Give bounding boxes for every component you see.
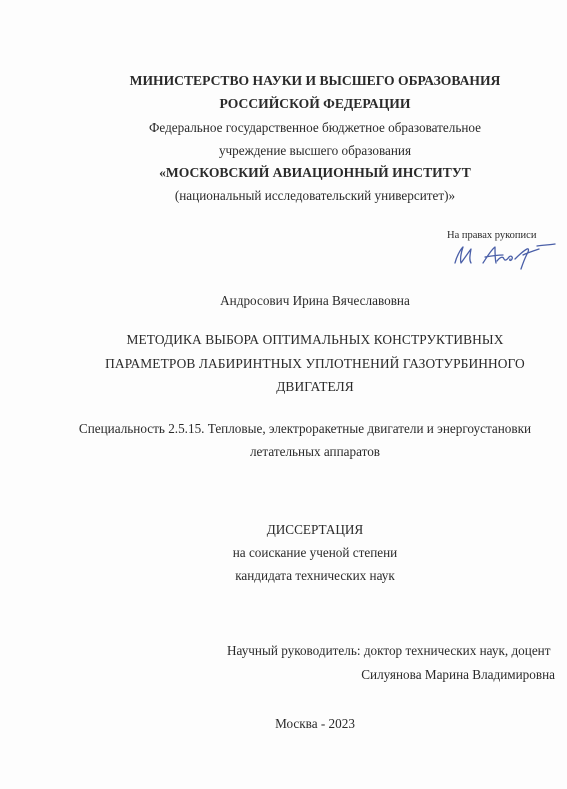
- institution-type-line-1: Федеральное государственное бюджетное об…: [0, 120, 567, 136]
- dissertation-title-line-1: МЕТОДИКА ВЫБОРА ОПТИМАЛЬНЫХ КОНСТРУКТИВН…: [0, 332, 567, 348]
- supervisor-title: Научный руководитель: доктор технических…: [227, 643, 551, 659]
- specialty-line-2: летательных аппаратов: [0, 444, 567, 460]
- work-type-line-2: на соискание ученой степени: [0, 545, 567, 561]
- author-name: Андросович Ирина Вячеславовна: [0, 293, 567, 309]
- ministry-line-2: РОССИЙСКОЙ ФЕДЕРАЦИИ: [0, 96, 567, 112]
- institution-type-line-2: учреждение высшего образования: [0, 143, 567, 159]
- dissertation-title-line-3: ДВИГАТЕЛЯ: [0, 379, 567, 395]
- institution-name: «МОСКОВСКИЙ АВИАЦИОННЫЙ ИНСТИТУТ: [0, 165, 567, 181]
- work-type-label: ДИССЕРТАЦИЯ: [0, 522, 567, 538]
- specialty-line-1: Специальность 2.5.15. Тепловые, электрор…: [0, 421, 567, 437]
- work-type-line-3: кандидата технических наук: [0, 568, 567, 584]
- ministry-line-1: МИНИСТЕРСТВО НАУКИ И ВЫСШЕГО ОБРАЗОВАНИЯ: [0, 73, 567, 89]
- city-year: Москва - 2023: [0, 716, 567, 732]
- signature-icon: [449, 241, 559, 271]
- institution-subtitle: (национальный исследовательский универси…: [0, 188, 567, 204]
- dissertation-title-line-2: ПАРАМЕТРОВ ЛАБИРИНТНЫХ УПЛОТНЕНИЙ ГАЗОТУ…: [0, 356, 567, 372]
- supervisor-name: Силуянова Марина Владимировна: [361, 667, 555, 683]
- dissertation-title-page: МИНИСТЕРСТВО НАУКИ И ВЫСШЕГО ОБРАЗОВАНИЯ…: [0, 0, 567, 789]
